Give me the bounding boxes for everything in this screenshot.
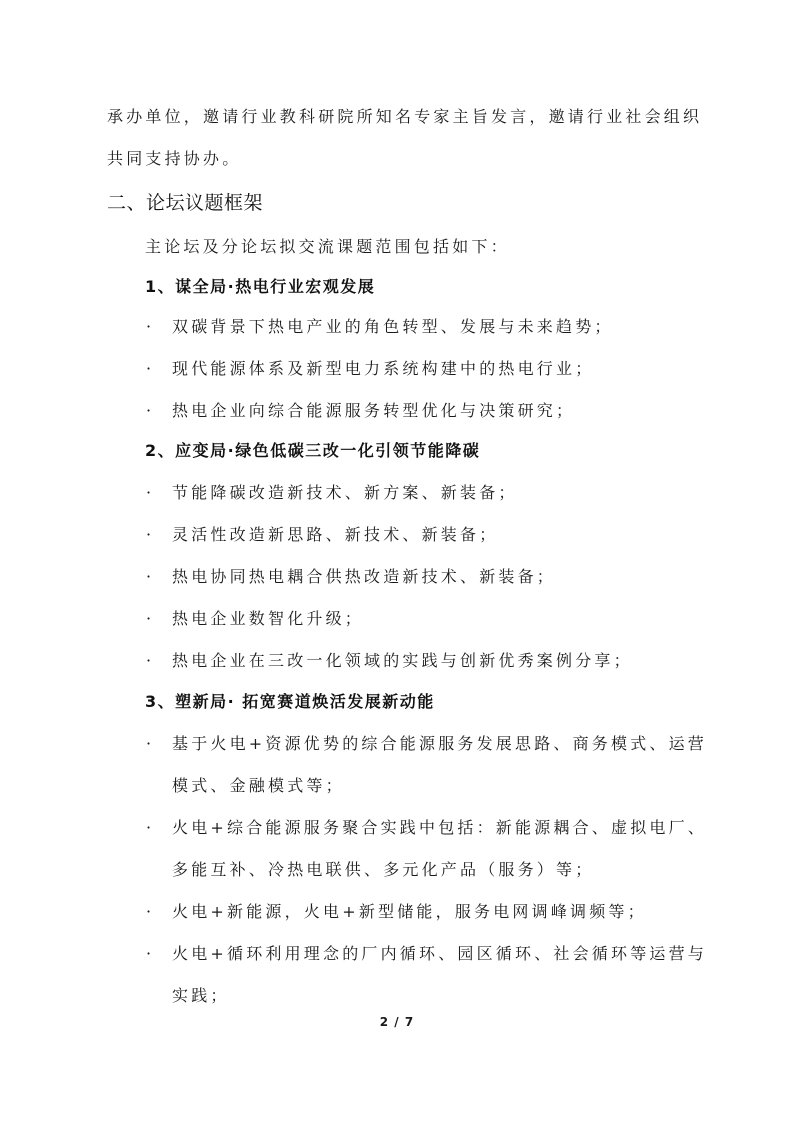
topic-heading-2: 2、应变局·绿色低碳三改一化引领节能降碳 <box>145 441 480 461</box>
list-item: 火电+循环利用理念的厂内循环、园区循环、社会循环等运营与 <box>172 944 707 964</box>
bullet-icon: · <box>146 525 151 545</box>
bullet-icon: · <box>146 483 151 503</box>
bullet-icon: · <box>146 401 151 421</box>
topic-heading-3: 3、塑新局· 拓宽赛道焕活发展新动能 <box>145 692 435 712</box>
bullet-icon: · <box>146 651 151 671</box>
page-number: 2 / 7 <box>0 1015 794 1029</box>
list-item-continuation: 多能互补、冷热电联供、多元化产品（服务）等； <box>172 860 594 880</box>
list-item: 双碳背景下热电产业的角色转型、发展与未来趋势； <box>172 317 614 337</box>
paragraph-line: 共同支持协办。 <box>107 149 241 169</box>
list-item: 热电企业向综合能源服务转型优化与决策研究； <box>172 401 575 421</box>
bullet-icon: · <box>146 567 151 587</box>
list-item: 现代能源体系及新型电力系统构建中的热电行业； <box>172 359 594 379</box>
section-heading: 二、论坛议题框架 <box>107 193 263 213</box>
list-item: 热电企业数智化升级； <box>172 609 364 629</box>
topic-heading-1: 1、谋全局·热电行业宏观发展 <box>145 277 375 297</box>
list-item: 节能降碳改造新技术、新方案、新装备； <box>172 483 518 503</box>
bullet-icon: · <box>146 359 151 379</box>
bullet-icon: · <box>146 944 151 964</box>
bullet-icon: · <box>146 902 151 922</box>
bullet-icon: · <box>146 818 151 838</box>
bullet-icon: · <box>146 317 151 337</box>
list-item: 火电+新能源，火电+新型储能，服务电网调峰调频等； <box>172 902 647 922</box>
list-item: 灵活性改造新思路、新技术、新装备； <box>172 525 498 545</box>
intro-text: 主论坛及分论坛拟交流课题范围包括如下： <box>145 237 510 257</box>
list-item-continuation: 实践； <box>172 986 230 1006</box>
list-item-continuation: 模式、金融模式等； <box>172 776 345 796</box>
list-item: 热电协同热电耦合供热改造新技术、新装备； <box>172 567 556 587</box>
bullet-icon: · <box>146 609 151 629</box>
list-item: 火电+综合能源服务聚合实践中包括：新能源耦合、虚拟电厂、 <box>172 818 707 838</box>
list-item: 热电企业在三改一化领域的实践与创新优秀案例分享； <box>172 651 633 671</box>
bullet-icon: · <box>146 734 151 754</box>
paragraph-line: 承办单位，邀请行业教科研院所知名专家主旨发言，邀请行业社会组织 <box>107 107 702 127</box>
list-item: 基于火电+资源优势的综合能源服务发展思路、商务模式、运营 <box>172 734 707 754</box>
